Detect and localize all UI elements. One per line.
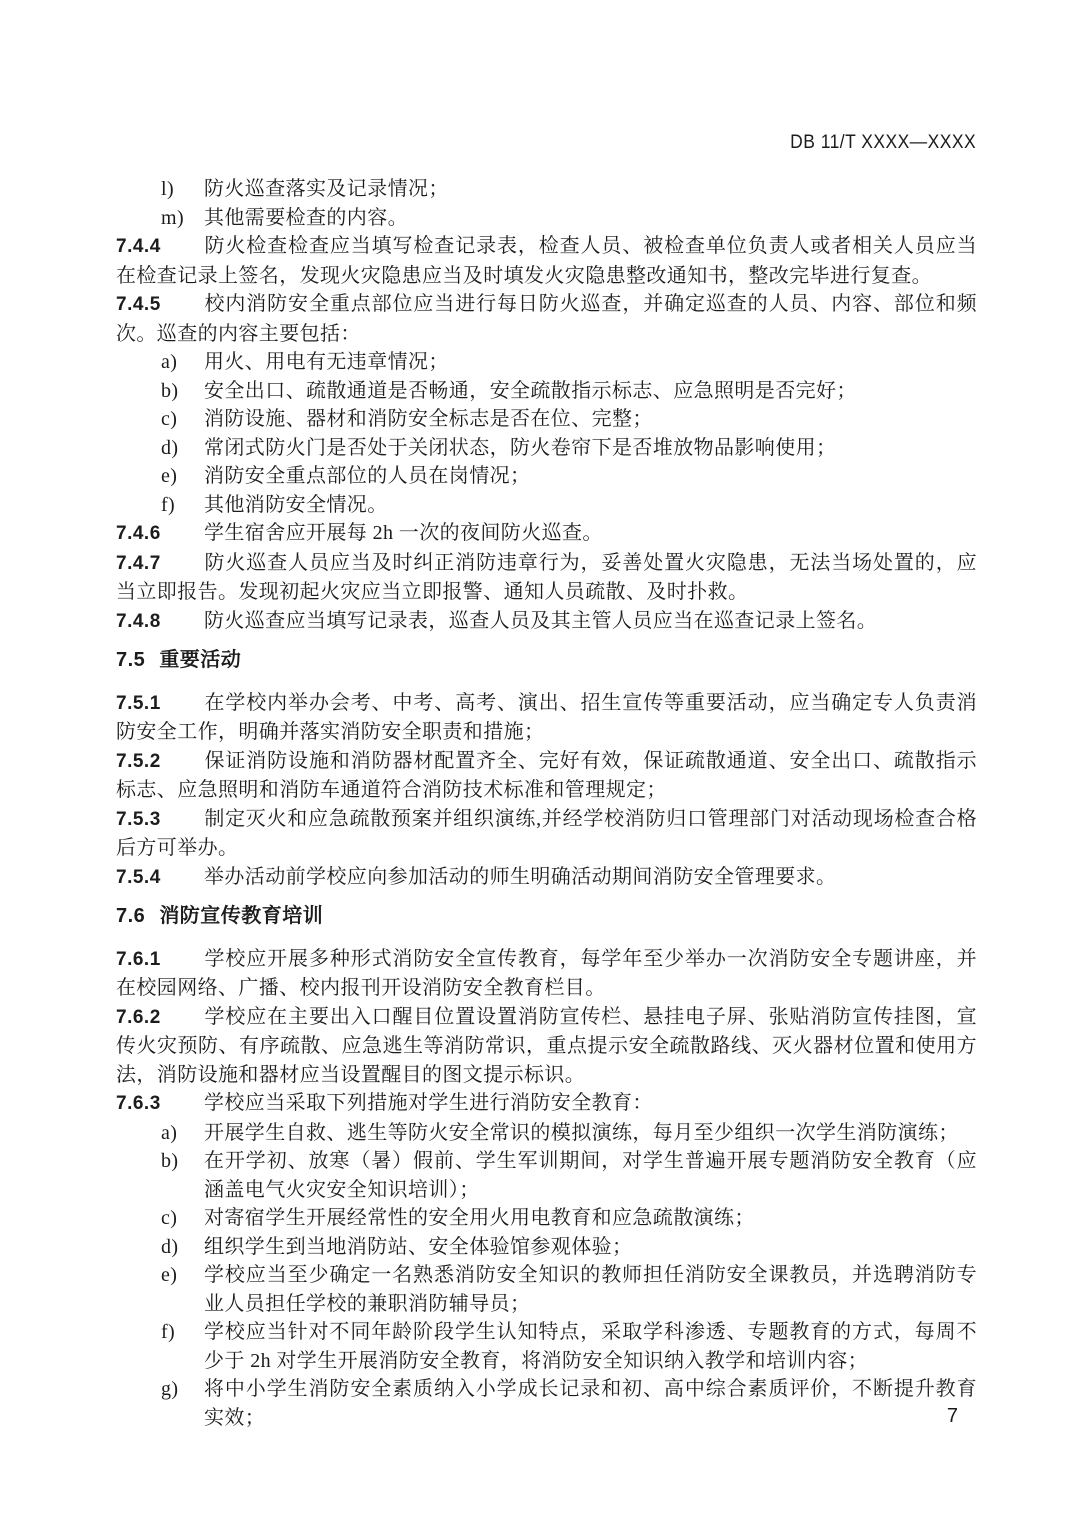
list-item-text: 其他消防安全情况。	[204, 491, 977, 520]
clause-paragraph: 7.5.1在学校内举办会考、中考、高考、演出、招生宣传等重要活动，应当确定专人负…	[116, 689, 977, 747]
list-item-label: g)	[161, 1375, 204, 1432]
clause-number: 7.4.4	[116, 233, 204, 262]
list-item: f)其他消防安全情况。	[116, 491, 977, 520]
list-item-label: e)	[161, 462, 204, 491]
clause-text: 学校应在主要出入口醒目位置设置消防宣传栏、悬挂电子屏、张贴消防宣传挂图，宣传火灾…	[116, 1006, 977, 1086]
list-item: m)其他需要检查的内容。	[116, 204, 977, 233]
clause-number: 7.4.8	[116, 608, 204, 637]
list-item-label: l)	[161, 175, 204, 204]
list-item-label: d)	[161, 434, 204, 463]
heading-number: 7.5	[116, 649, 145, 671]
list-item-label: e)	[161, 1261, 204, 1318]
clause-number: 7.5.4	[116, 864, 204, 893]
list-item-text: 学校应当至少确定一名熟悉消防安全知识的教师担任消防安全课教员，并选聘消防专业人员…	[204, 1261, 977, 1318]
clause-text: 学校应当采取下列措施对学生进行消防安全教育：	[204, 1092, 653, 1114]
clause-text: 学校应开展多种形式消防安全宣传教育，每学年至少举办一次消防安全专题讲座，并在校园…	[116, 948, 977, 1000]
clause-number: 7.5.2	[116, 748, 204, 777]
list-item-text: 常闭式防火门是否处于关闭状态，防火卷帘下是否堆放物品影响使用；	[204, 434, 977, 463]
list-item-text: 用火、用电有无违章情况；	[204, 348, 977, 377]
list-item-label: b)	[161, 1147, 204, 1204]
list-item: b)在开学初、放寒（暑）假前、学生军训期间，对学生普遍开展专题消防安全教育（应涵…	[116, 1147, 977, 1204]
list-item: c)消防设施、器材和消防安全标志是否在位、完整；	[116, 405, 977, 434]
clause-number: 7.4.7	[116, 550, 204, 579]
list-item-text: 将中小学生消防安全素质纳入小学成长记录和初、高中综合素质评价，不断提升教育实效；	[204, 1375, 977, 1432]
document-code-header: DB 11/T XXXX—XXXX	[790, 132, 976, 154]
clause-text: 举办活动前学校应向参加活动的师生明确活动期间消防安全管理要求。	[204, 866, 836, 888]
clause-paragraph: 7.4.4防火检查检查应当填写检查记录表，检查人员、被检查单位负责人或者相关人员…	[116, 232, 977, 290]
page-number: 7	[947, 1402, 958, 1430]
list-item: l)防火巡查落实及记录情况；	[116, 175, 977, 204]
clause-paragraph: 7.4.7防火巡查人员应当及时纠正消防违章行为，妥善处置火灾隐患，无法当场处置的…	[116, 549, 977, 607]
list-item-text: 开展学生自救、逃生等防火安全常识的模拟演练，每月至少组织一次学生消防演练；	[204, 1119, 977, 1148]
list-item-label: f)	[161, 491, 204, 520]
clause-text: 防火巡查人员应当及时纠正消防违章行为，妥善处置火灾隐患，无法当场处置的，应当立即…	[116, 552, 977, 604]
list-item-text: 组织学生到当地消防站、安全体验馆参观体验；	[204, 1233, 977, 1262]
clause-number: 7.4.5	[116, 291, 204, 320]
clause-text: 制定灭火和应急疏散预案并组织演练,并经学校消防归口管理部门对活动现场检查合格后方…	[116, 808, 977, 860]
list-item: c)对寄宿学生开展经常性的安全用火用电教育和应急疏散演练；	[116, 1204, 977, 1233]
list-item-text: 消防设施、器材和消防安全标志是否在位、完整；	[204, 405, 977, 434]
list-item-label: c)	[161, 1204, 204, 1233]
clause-paragraph: 7.5.4举办活动前学校应向参加活动的师生明确活动期间消防安全管理要求。	[116, 863, 977, 893]
list-item: e)学校应当至少确定一名熟悉消防安全知识的教师担任消防安全课教员，并选聘消防专业…	[116, 1261, 977, 1318]
list-item-text: 对寄宿学生开展经常性的安全用火用电教育和应急疏散演练；	[204, 1204, 977, 1233]
list-item: g)将中小学生消防安全素质纳入小学成长记录和初、高中综合素质评价，不断提升教育实…	[116, 1375, 977, 1432]
clause-number: 7.6.2	[116, 1004, 204, 1033]
list-item: e)消防安全重点部位的人员在岗情况；	[116, 462, 977, 491]
list-item: f)学校应当针对不同年龄阶段学生认知特点，采取学科渗透、专题教育的方式，每周不少…	[116, 1318, 977, 1375]
section-heading: 7.6消防宣传教育培训	[116, 902, 977, 931]
heading-text: 消防宣传教育培训	[159, 905, 323, 927]
clause-number: 7.6.1	[116, 946, 204, 975]
list-item-label: d)	[161, 1233, 204, 1262]
list-item-text: 安全出口、疏散通道是否畅通，安全疏散指示标志、应急照明是否完好；	[204, 377, 977, 406]
clause-number: 7.5.1	[116, 690, 204, 719]
list-item: b)安全出口、疏散通道是否畅通，安全疏散指示标志、应急照明是否完好；	[116, 377, 977, 406]
list-item-label: a)	[161, 348, 204, 377]
clause-paragraph: 7.6.1学校应开展多种形式消防安全宣传教育，每学年至少举办一次消防安全专题讲座…	[116, 945, 977, 1003]
list-item-label: a)	[161, 1119, 204, 1148]
list-item-text: 其他需要检查的内容。	[204, 204, 977, 233]
list-item-text: 消防安全重点部位的人员在岗情况；	[204, 462, 977, 491]
list-item-label: f)	[161, 1318, 204, 1375]
clause-paragraph: 7.6.2学校应在主要出入口醒目位置设置消防宣传栏、悬挂电子屏、张贴消防宣传挂图…	[116, 1003, 977, 1090]
clause-paragraph: 7.4.8防火巡查应当填写记录表，巡查人员及其主管人员应当在巡查记录上签名。	[116, 607, 977, 637]
clause-number: 7.5.3	[116, 806, 204, 835]
clause-paragraph: 7.5.2保证消防设施和消防器材配置齐全、完好有效，保证疏散通道、安全出口、疏散…	[116, 747, 977, 805]
clause-text: 校内消防安全重点部位应当进行每日防火巡查，并确定巡查的人员、内容、部位和频次。巡…	[116, 293, 977, 345]
list-item-text: 在开学初、放寒（暑）假前、学生军训期间，对学生普遍开展专题消防安全教育（应涵盖电…	[204, 1147, 977, 1204]
clause-text: 保证消防设施和消防器材配置齐全、完好有效，保证疏散通道、安全出口、疏散指示标志、…	[116, 750, 977, 802]
list-item: d)常闭式防火门是否处于关闭状态，防火卷帘下是否堆放物品影响使用；	[116, 434, 977, 463]
list-item-label: c)	[161, 405, 204, 434]
list-item: d)组织学生到当地消防站、安全体验馆参观体验；	[116, 1233, 977, 1262]
list-item-text: 防火巡查落实及记录情况；	[204, 175, 977, 204]
list-item-text: 学校应当针对不同年龄阶段学生认知特点，采取学科渗透、专题教育的方式，每周不少于 …	[204, 1318, 977, 1375]
clause-paragraph: 7.4.5校内消防安全重点部位应当进行每日防火巡查，并确定巡查的人员、内容、部位…	[116, 290, 977, 348]
list-item: a)开展学生自救、逃生等防火安全常识的模拟演练，每月至少组织一次学生消防演练；	[116, 1119, 977, 1148]
clause-number: 7.4.6	[116, 520, 204, 549]
clause-paragraph: 7.6.3学校应当采取下列措施对学生进行消防安全教育：	[116, 1089, 977, 1119]
clause-text: 在学校内举办会考、中考、高考、演出、招生宣传等重要活动，应当确定专人负责消防安全…	[116, 692, 977, 744]
section-heading: 7.5重要活动	[116, 646, 977, 675]
clause-text: 防火巡查应当填写记录表，巡查人员及其主管人员应当在巡查记录上签名。	[204, 610, 877, 632]
clause-paragraph: 7.5.3制定灭火和应急疏散预案并组织演练,并经学校消防归口管理部门对活动现场检…	[116, 805, 977, 863]
standard-document-page: DB 11/T XXXX—XXXX l)防火巡查落实及记录情况；m)其他需要检查…	[0, 0, 1080, 1527]
clause-number: 7.6.3	[116, 1090, 204, 1119]
list-item-label: b)	[161, 377, 204, 406]
clause-paragraph: 7.4.6学生宿舍应开展每 2h 一次的夜间防火巡查。	[116, 519, 977, 549]
list-item-label: m)	[161, 204, 204, 233]
document-body: l)防火巡查落实及记录情况；m)其他需要检查的内容。7.4.4防火检查检查应当填…	[116, 175, 977, 1432]
heading-number: 7.6	[116, 905, 145, 927]
clause-text: 防火检查检查应当填写检查记录表，检查人员、被检查单位负责人或者相关人员应当在检查…	[116, 235, 977, 287]
heading-text: 重要活动	[159, 649, 241, 671]
list-item: a)用火、用电有无违章情况；	[116, 348, 977, 377]
clause-text: 学生宿舍应开展每 2h 一次的夜间防火巡查。	[204, 522, 603, 544]
